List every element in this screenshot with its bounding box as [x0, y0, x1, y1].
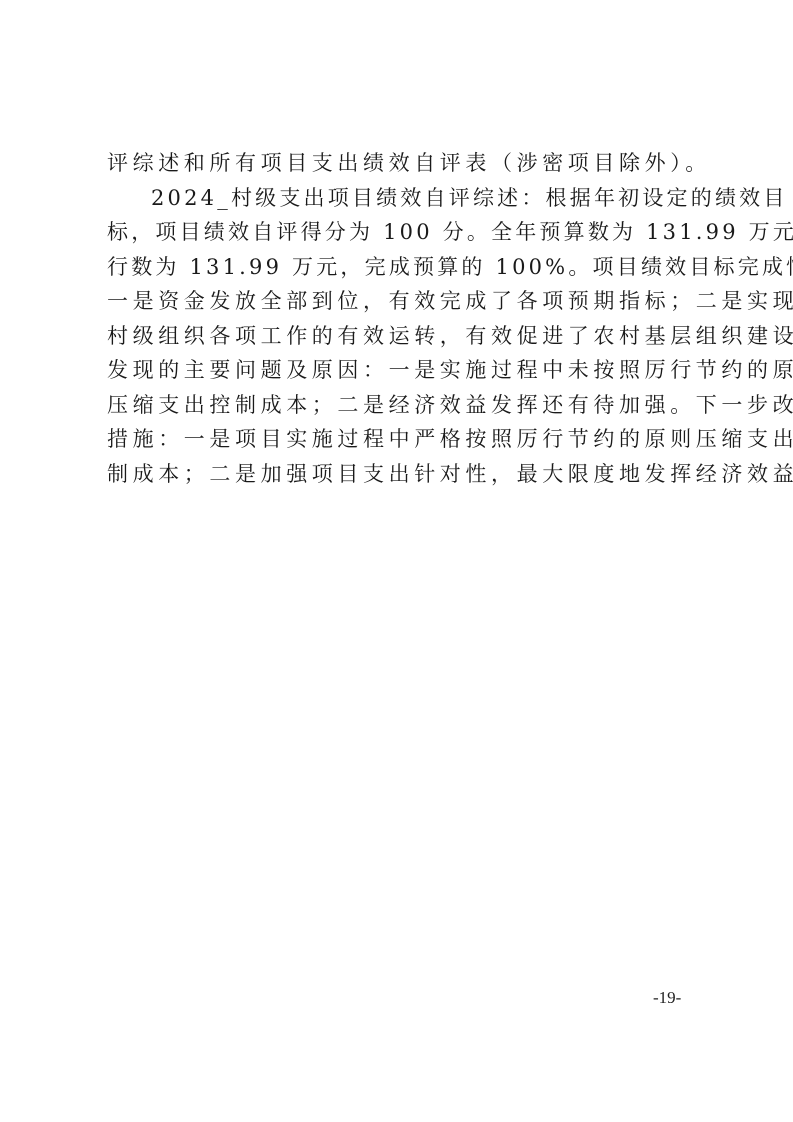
document-page: 评综述和所有项目支出绩效自评表（涉密项目除外）。 2024_村级支出项目绩效自评…: [0, 0, 793, 1122]
page-number: -19-: [653, 988, 681, 1008]
body-text: 评综述和所有项目支出绩效自评表（涉密项目除外）。 2024_村级支出项目绩效自评…: [107, 146, 693, 491]
paragraph-line: 标，项目绩效自评得分为 100 分。全年预算数为 131.99 万元，执: [107, 215, 693, 250]
paragraph-line: 发现的主要问题及原因：一是实施过程中未按照厉行节约的原则: [107, 353, 693, 388]
paragraph-line: 村级组织各项工作的有效运转，有效促进了农村基层组织建设。: [107, 319, 693, 354]
paragraph-line: 一是资金发放全部到位，有效完成了各项预期指标；二是实现了: [107, 284, 693, 319]
paragraph-line: 制成本；二是加强项目支出针对性，最大限度地发挥经济效益。: [107, 457, 693, 492]
paragraph-line: 压缩支出控制成本；二是经济效益发挥还有待加强。下一步改进: [107, 388, 693, 423]
paragraph-line: 行数为 131.99 万元，完成预算的 100%。项目绩效目标完成情况：: [107, 250, 693, 285]
paragraph-line: 2024_村级支出项目绩效自评综述：根据年初设定的绩效目: [107, 181, 693, 216]
paragraph-line: 评综述和所有项目支出绩效自评表（涉密项目除外）。: [107, 146, 693, 181]
paragraph-line: 措施：一是项目实施过程中严格按照厉行节约的原则压缩支出控: [107, 422, 693, 457]
